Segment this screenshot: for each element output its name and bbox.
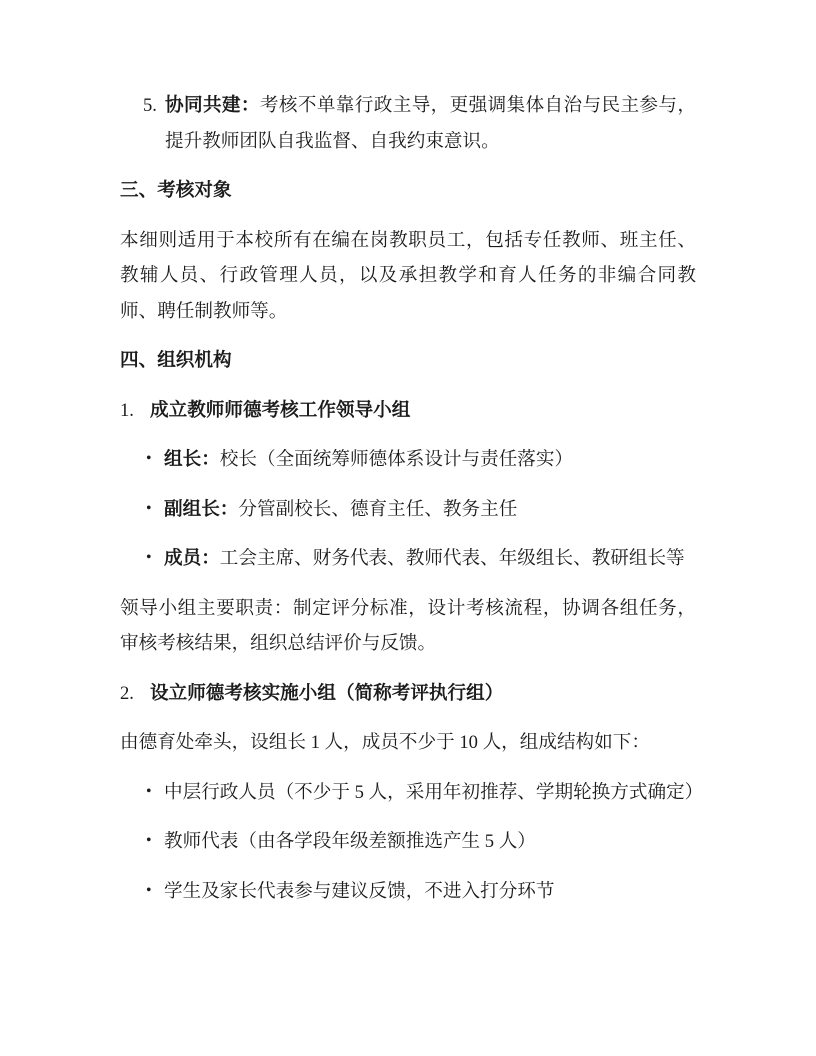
paragraph-leading-group-duties: 领导小组主要职责：制定评分标准，设计考核流程，协调各组任务，审核考核结果，组织总… bbox=[120, 591, 696, 662]
bullet-item-leader: •组长：校长（全面统筹师德体系设计与责任落实） bbox=[120, 442, 696, 478]
subheading-title: 设立师德考核实施小组（简称考评执行组） bbox=[150, 683, 503, 704]
paragraph-group-composition: 由德育处牵头，设组长 1 人，成员不少于 10 人，组成结构如下： bbox=[120, 725, 696, 761]
numbered-subheading-implementation-group: 2.设立师德考核实施小组（简称考评执行组） bbox=[120, 676, 696, 712]
numbered-subheading-leading-group: 1.成立教师师德考核工作领导小组 bbox=[120, 393, 696, 429]
bullet-item-student-parent-reps: •学生及家长代表参与建议反馈，不进入打分环节 bbox=[120, 874, 696, 910]
subheading-title: 成立教师师德考核工作领导小组 bbox=[150, 400, 410, 421]
bullet-icon: • bbox=[146, 823, 152, 859]
bullet-text: 学生及家长代表参与建议反馈，不进入打分环节 bbox=[164, 881, 554, 902]
section-heading-assessment-targets: 三、考核对象 bbox=[120, 173, 696, 209]
bullet-item-teacher-reps: •教师代表（由各学段年级差额推选产生 5 人） bbox=[120, 824, 696, 860]
bullet-icon: • bbox=[146, 774, 152, 810]
ordered-list-item-5: 5.协同共建：考核不单靠行政主导，更强调集体自治与民主参与，提升教师团队自我监督… bbox=[120, 88, 696, 159]
bullet-item-admin-staff: •中层行政人员（不少于 5 人，采用年初推荐、学期轮换方式确定） bbox=[120, 775, 696, 811]
bullet-text: 中层行政人员（不少于 5 人，采用年初推荐、学期轮换方式确定） bbox=[164, 782, 703, 803]
subheading-number: 1. bbox=[120, 393, 134, 429]
section-heading-organization: 四、组织机构 bbox=[120, 343, 696, 379]
paragraph-scope: 本细则适用于本校所有在编在岗教职员工，包括专任教师、班主任、教辅人员、行政管理人… bbox=[120, 223, 696, 330]
bullet-icon: • bbox=[146, 491, 152, 527]
bullet-item-members: •成员：工会主席、财务代表、教师代表、年级组长、教研组长等 bbox=[120, 541, 696, 577]
bullet-text: 教师代表（由各学段年级差额推选产生 5 人） bbox=[164, 831, 536, 852]
bullet-icon: • bbox=[146, 540, 152, 576]
bullet-term: 成员： bbox=[164, 548, 220, 569]
bullet-text: 校长（全面统筹师德体系设计与责任落实） bbox=[220, 449, 573, 470]
document-page: 5.协同共建：考核不单靠行政主导，更强调集体自治与民主参与，提升教师团队自我监督… bbox=[0, 0, 816, 1056]
list-item-term: 协同共建： bbox=[165, 95, 260, 116]
bullet-term: 组长： bbox=[164, 449, 220, 470]
bullet-item-deputy-leader: •副组长：分管副校长、德育主任、教务主任 bbox=[120, 492, 696, 528]
bullet-icon: • bbox=[146, 441, 152, 477]
bullet-text: 工会主席、财务代表、教师代表、年级组长、教研组长等 bbox=[220, 548, 685, 569]
list-item-number: 5. bbox=[143, 88, 157, 124]
subheading-number: 2. bbox=[120, 676, 134, 712]
bullet-icon: • bbox=[146, 873, 152, 909]
bullet-text: 分管副校长、德育主任、教务主任 bbox=[238, 499, 517, 520]
bullet-term: 副组长： bbox=[164, 499, 238, 520]
